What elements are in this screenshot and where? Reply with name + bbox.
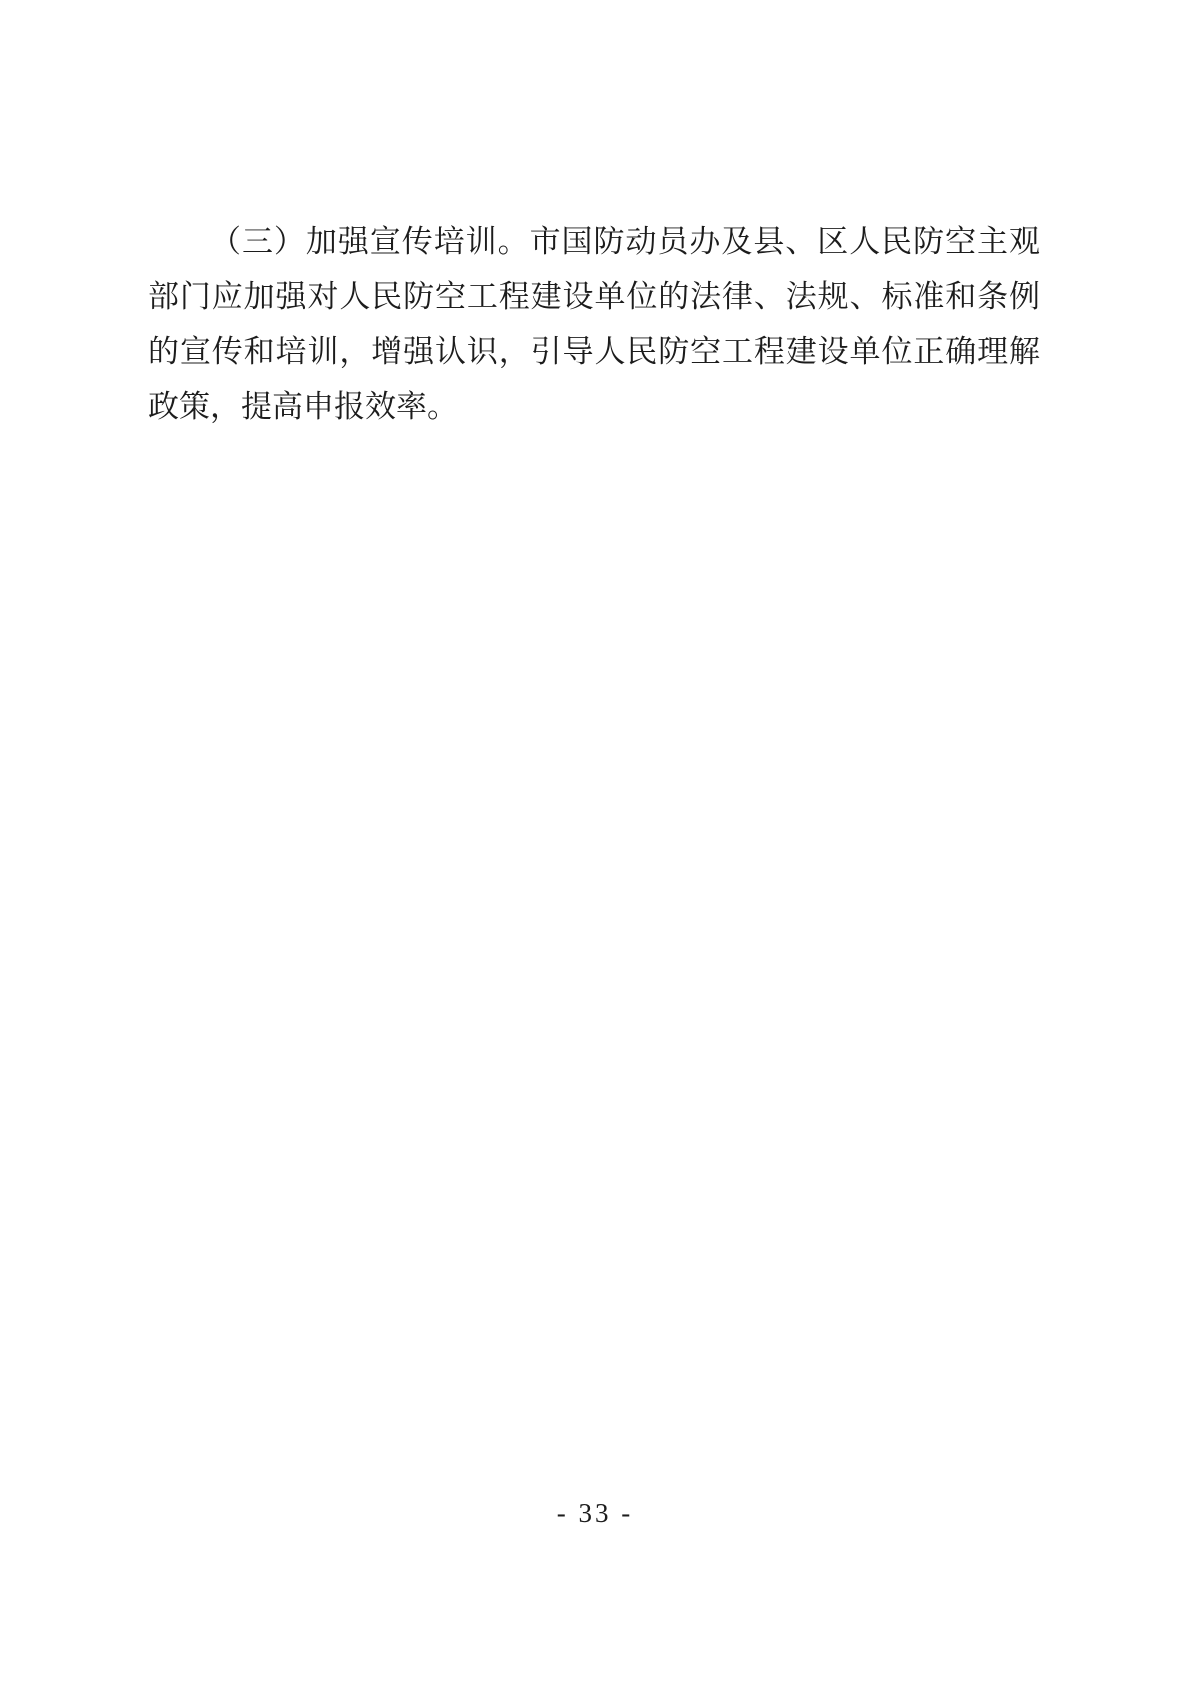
paragraph-line: 的宣传和培训，增强认识，引导人民防空工程建设单位正确理解 [148,324,1040,379]
paragraph-line: 部门应加强对人民防空工程建设单位的法律、法规、标准和条例 [148,269,1040,324]
paragraph: （三）加强宣传培训。市国防动员办及县、区人民防空主观 部门应加强对人民防空工程建… [148,214,1040,434]
paragraph-line: （三）加强宣传培训。市国防动员办及县、区人民防空主观 [148,214,1040,269]
document-page: （三）加强宣传培训。市国防动员办及县、区人民防空主观 部门应加强对人民防空工程建… [0,0,1190,1683]
paragraph-line: 政策，提高申报效率。 [148,379,1040,434]
page-number: - 33 - [0,1498,1190,1529]
